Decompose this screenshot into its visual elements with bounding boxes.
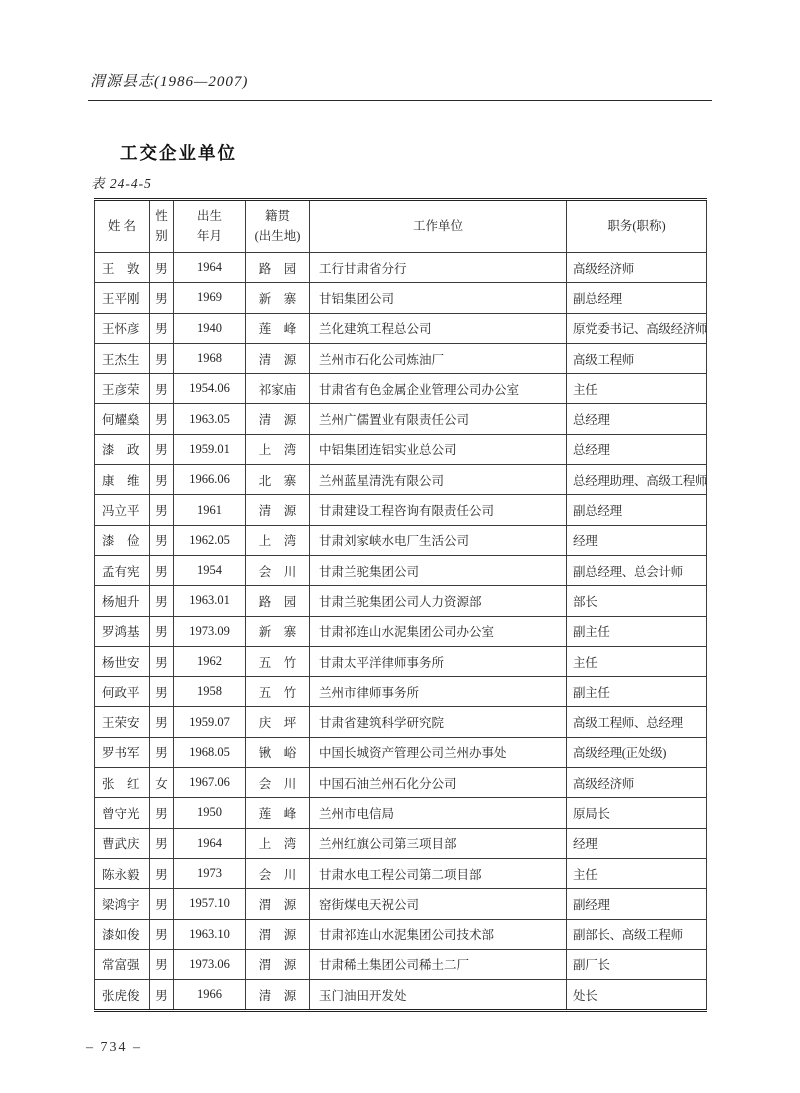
cell-position: 副主任 <box>567 677 707 707</box>
gazetteer-page: 渭源县志(1986—2007) 工交企业单位 表 24-4-5 姓 名 性 别 … <box>0 0 800 1093</box>
cell-work-unit: 甘肃建设工程咨询有限责任公司 <box>310 495 567 525</box>
cell-position: 原局长 <box>567 798 707 828</box>
cell-name: 王怀彦 <box>95 313 150 343</box>
cell-work-unit: 兰州广儒置业有限责任公司 <box>310 404 567 434</box>
table-row: 杨旭升 男 1963.01 路 园 甘肃兰驼集团公司人力资源部 部长 <box>95 586 707 616</box>
cell-gender: 男 <box>150 616 174 646</box>
cell-name: 张虎俊 <box>95 980 150 1011</box>
cell-native-place: 会 川 <box>246 858 310 888</box>
cell-gender: 男 <box>150 949 174 979</box>
cell-birth-date: 1940 <box>174 313 246 343</box>
col-header-title: 职务(职称) <box>567 200 707 253</box>
col-header-name: 姓 名 <box>95 200 150 253</box>
cell-name: 孟有宪 <box>95 555 150 585</box>
cell-gender: 男 <box>150 253 174 283</box>
table-row: 王杰生 男 1968 清 源 兰州市石化公司炼油厂 高级工程师 <box>95 343 707 373</box>
table-row: 漆 俭 男 1962.05 上 湾 甘肃刘家峡水电厂生活公司 经理 <box>95 525 707 555</box>
cell-name: 漆 政 <box>95 434 150 464</box>
cell-birth-date: 1973.09 <box>174 616 246 646</box>
cell-work-unit: 玉门油田开发处 <box>310 980 567 1011</box>
cell-native-place: 渭 源 <box>246 889 310 919</box>
cell-name: 罗书军 <box>95 737 150 767</box>
cell-name: 王杰生 <box>95 343 150 373</box>
cell-gender: 男 <box>150 646 174 676</box>
table-row: 何政平 男 1958 五 竹 兰州市律师事务所 副主任 <box>95 677 707 707</box>
cell-native-place: 北 寨 <box>246 465 310 495</box>
cell-gender: 男 <box>150 343 174 373</box>
cell-name: 杨旭升 <box>95 586 150 616</box>
cell-work-unit: 甘肃兰驼集团公司人力资源部 <box>310 586 567 616</box>
cell-work-unit: 甘肃稀土集团公司稀土二厂 <box>310 949 567 979</box>
cell-birth-date: 1968.05 <box>174 737 246 767</box>
cell-position: 高级经济师 <box>567 768 707 798</box>
cell-work-unit: 兰州红旗公司第三项目部 <box>310 828 567 858</box>
cell-position: 经理 <box>567 828 707 858</box>
cell-name: 王彦荣 <box>95 374 150 404</box>
cell-position: 原党委书记、高级经济师 <box>567 313 707 343</box>
cell-gender: 男 <box>150 465 174 495</box>
table-row: 罗鸿基 男 1973.09 新 寨 甘肃祁连山水泥集团公司办公室 副主任 <box>95 616 707 646</box>
cell-birth-date: 1954.06 <box>174 374 246 404</box>
table-row: 曾守光 男 1950 莲 峰 兰州市电信局 原局长 <box>95 798 707 828</box>
cell-name: 曹武庆 <box>95 828 150 858</box>
cell-native-place: 清 源 <box>246 495 310 525</box>
cell-gender: 男 <box>150 737 174 767</box>
section-title: 工交企业单位 <box>120 140 237 165</box>
cell-position: 副经理 <box>567 889 707 919</box>
cell-native-place: 五 竹 <box>246 677 310 707</box>
table-row: 张虎俊 男 1966 清 源 玉门油田开发处 处长 <box>95 980 707 1011</box>
table-row: 张 红 女 1967.06 会 川 中国石油兰州石化分公司 高级经济师 <box>95 768 707 798</box>
cell-position: 总经理助理、高级工程师 <box>567 465 707 495</box>
cell-position: 副厂长 <box>567 949 707 979</box>
cell-gender: 男 <box>150 677 174 707</box>
cell-birth-date: 1959.07 <box>174 707 246 737</box>
cell-birth-date: 1964 <box>174 828 246 858</box>
cell-birth-date: 1967.06 <box>174 768 246 798</box>
cell-birth-date: 1969 <box>174 283 246 313</box>
cell-native-place: 五 竹 <box>246 646 310 676</box>
cell-position: 副总经理 <box>567 283 707 313</box>
cell-native-place: 渭 源 <box>246 919 310 949</box>
cell-gender: 男 <box>150 313 174 343</box>
table-row: 杨世安 男 1962 五 竹 甘肃太平洋律师事务所 主任 <box>95 646 707 676</box>
cell-work-unit: 兰州蓝星清洗有限公司 <box>310 465 567 495</box>
cell-birth-date: 1968 <box>174 343 246 373</box>
cell-position: 总经理 <box>567 434 707 464</box>
cell-native-place: 会 川 <box>246 768 310 798</box>
cell-birth-date: 1963.05 <box>174 404 246 434</box>
cell-native-place: 清 源 <box>246 343 310 373</box>
cell-gender: 男 <box>150 586 174 616</box>
table-row: 王彦荣 男 1954.06 祁家庙 甘肃省有色金属企业管理公司办公室 主任 <box>95 374 707 404</box>
cell-position: 经理 <box>567 525 707 555</box>
cell-work-unit: 中国长城资产管理公司兰州办事处 <box>310 737 567 767</box>
table-row: 梁鸿宇 男 1957.10 渭 源 窑街煤电天祝公司 副经理 <box>95 889 707 919</box>
cell-position: 主任 <box>567 374 707 404</box>
cell-native-place: 上 湾 <box>246 525 310 555</box>
table-row: 常富强 男 1973.06 渭 源 甘肃稀土集团公司稀土二厂 副厂长 <box>95 949 707 979</box>
cell-gender: 男 <box>150 889 174 919</box>
cell-work-unit: 中国石油兰州石化分公司 <box>310 768 567 798</box>
table-label: 表 24-4-5 <box>91 172 152 192</box>
cell-work-unit: 中铝集团连铝实业总公司 <box>310 434 567 464</box>
cell-birth-date: 1954 <box>174 555 246 585</box>
cell-name: 康 维 <box>95 465 150 495</box>
cell-gender: 男 <box>150 374 174 404</box>
cell-name: 漆如俊 <box>95 919 150 949</box>
cell-gender: 男 <box>150 707 174 737</box>
cell-birth-date: 1961 <box>174 495 246 525</box>
col-header-gender: 性 别 <box>150 200 174 253</box>
table-row: 何耀燊 男 1963.05 清 源 兰州广儒置业有限责任公司 总经理 <box>95 404 707 434</box>
cell-name: 陈永毅 <box>95 858 150 888</box>
cell-name: 张 红 <box>95 768 150 798</box>
cell-birth-date: 1966 <box>174 980 246 1011</box>
cell-position: 高级经济师 <box>567 253 707 283</box>
cell-name: 曾守光 <box>95 798 150 828</box>
cell-position: 副总经理、总会计师 <box>567 555 707 585</box>
cell-birth-date: 1963.01 <box>174 586 246 616</box>
cell-native-place: 上 湾 <box>246 828 310 858</box>
cell-gender: 男 <box>150 828 174 858</box>
cell-work-unit: 甘铝集团公司 <box>310 283 567 313</box>
cell-name: 常富强 <box>95 949 150 979</box>
cell-work-unit: 甘肃兰驼集团公司 <box>310 555 567 585</box>
roster-table-wrap: 姓 名 性 别 出生 年月 籍贯 (出生地) 工作单位 职务(职称) 王 敦 男… <box>94 198 706 1012</box>
cell-position: 高级工程师 <box>567 343 707 373</box>
table-row: 漆 政 男 1959.01 上 湾 中铝集团连铝实业总公司 总经理 <box>95 434 707 464</box>
cell-position: 主任 <box>567 646 707 676</box>
cell-native-place: 清 源 <box>246 980 310 1011</box>
cell-native-place: 上 湾 <box>246 434 310 464</box>
cell-native-place: 路 园 <box>246 586 310 616</box>
cell-native-place: 新 寨 <box>246 283 310 313</box>
cell-work-unit: 甘肃刘家峡水电厂生活公司 <box>310 525 567 555</box>
cell-position: 高级工程师、总经理 <box>567 707 707 737</box>
roster-table: 姓 名 性 别 出生 年月 籍贯 (出生地) 工作单位 职务(职称) 王 敦 男… <box>94 198 707 1012</box>
cell-birth-date: 1950 <box>174 798 246 828</box>
cell-work-unit: 兰州市石化公司炼油厂 <box>310 343 567 373</box>
cell-birth-date: 1966.06 <box>174 465 246 495</box>
cell-position: 副总经理 <box>567 495 707 525</box>
cell-birth-date: 1973 <box>174 858 246 888</box>
header-rule <box>88 100 712 101</box>
cell-name: 王 敦 <box>95 253 150 283</box>
col-header-unit: 工作单位 <box>310 200 567 253</box>
cell-work-unit: 甘肃太平洋律师事务所 <box>310 646 567 676</box>
cell-position: 主任 <box>567 858 707 888</box>
cell-gender: 男 <box>150 495 174 525</box>
cell-birth-date: 1957.10 <box>174 889 246 919</box>
cell-native-place: 会 川 <box>246 555 310 585</box>
cell-position: 副主任 <box>567 616 707 646</box>
cell-name: 何政平 <box>95 677 150 707</box>
table-row: 王 敦 男 1964 路 园 工行甘肃省分行 高级经济师 <box>95 253 707 283</box>
table-row: 王荣安 男 1959.07 庆 坪 甘肃省建筑科学研究院 高级工程师、总经理 <box>95 707 707 737</box>
cell-native-place: 庆 坪 <box>246 707 310 737</box>
cell-work-unit: 甘肃省有色金属企业管理公司办公室 <box>310 374 567 404</box>
cell-name: 冯立平 <box>95 495 150 525</box>
cell-birth-date: 1963.10 <box>174 919 246 949</box>
cell-name: 王平刚 <box>95 283 150 313</box>
cell-gender: 女 <box>150 768 174 798</box>
cell-gender: 男 <box>150 980 174 1011</box>
cell-native-place: 渭 源 <box>246 949 310 979</box>
cell-work-unit: 兰化建筑工程总公司 <box>310 313 567 343</box>
cell-native-place: 锹 峪 <box>246 737 310 767</box>
table-row: 陈永毅 男 1973 会 川 甘肃水电工程公司第二项目部 主任 <box>95 858 707 888</box>
cell-position: 部长 <box>567 586 707 616</box>
cell-position: 处长 <box>567 980 707 1011</box>
cell-gender: 男 <box>150 283 174 313</box>
cell-native-place: 莲 峰 <box>246 313 310 343</box>
page-number: – 734 – <box>86 1040 142 1056</box>
cell-gender: 男 <box>150 858 174 888</box>
cell-position: 总经理 <box>567 404 707 434</box>
cell-native-place: 祁家庙 <box>246 374 310 404</box>
table-row: 王怀彦 男 1940 莲 峰 兰化建筑工程总公司 原党委书记、高级经济师 <box>95 313 707 343</box>
table-row: 罗书军 男 1968.05 锹 峪 中国长城资产管理公司兰州办事处 高级经理(正… <box>95 737 707 767</box>
cell-gender: 男 <box>150 798 174 828</box>
cell-name: 杨世安 <box>95 646 150 676</box>
cell-native-place: 清 源 <box>246 404 310 434</box>
cell-name: 梁鸿宇 <box>95 889 150 919</box>
cell-native-place: 新 寨 <box>246 616 310 646</box>
table-row: 漆如俊 男 1963.10 渭 源 甘肃祁连山水泥集团公司技术部 副部长、高级工… <box>95 919 707 949</box>
cell-birth-date: 1973.06 <box>174 949 246 979</box>
cell-work-unit: 甘肃水电工程公司第二项目部 <box>310 858 567 888</box>
cell-gender: 男 <box>150 525 174 555</box>
table-row: 孟有宪 男 1954 会 川 甘肃兰驼集团公司 副总经理、总会计师 <box>95 555 707 585</box>
cell-native-place: 莲 峰 <box>246 798 310 828</box>
cell-work-unit: 甘肃省建筑科学研究院 <box>310 707 567 737</box>
cell-work-unit: 甘肃祁连山水泥集团公司技术部 <box>310 919 567 949</box>
cell-gender: 男 <box>150 555 174 585</box>
running-head: 渭源县志(1986—2007) <box>90 70 248 91</box>
table-row: 曹武庆 男 1964 上 湾 兰州红旗公司第三项目部 经理 <box>95 828 707 858</box>
cell-name: 漆 俭 <box>95 525 150 555</box>
cell-work-unit: 兰州市律师事务所 <box>310 677 567 707</box>
cell-name: 王荣安 <box>95 707 150 737</box>
cell-birth-date: 1959.01 <box>174 434 246 464</box>
cell-birth-date: 1962 <box>174 646 246 676</box>
cell-name: 何耀燊 <box>95 404 150 434</box>
cell-gender: 男 <box>150 919 174 949</box>
cell-gender: 男 <box>150 404 174 434</box>
cell-birth-date: 1962.05 <box>174 525 246 555</box>
cell-position: 高级经理(正处级) <box>567 737 707 767</box>
header-row: 姓 名 性 别 出生 年月 籍贯 (出生地) 工作单位 职务(职称) <box>95 200 707 253</box>
table-row: 王平刚 男 1969 新 寨 甘铝集团公司 副总经理 <box>95 283 707 313</box>
cell-gender: 男 <box>150 434 174 464</box>
cell-birth-date: 1958 <box>174 677 246 707</box>
cell-position: 副部长、高级工程师 <box>567 919 707 949</box>
cell-work-unit: 窑街煤电天祝公司 <box>310 889 567 919</box>
col-header-birth: 出生 年月 <box>174 200 246 253</box>
cell-birth-date: 1964 <box>174 253 246 283</box>
cell-native-place: 路 园 <box>246 253 310 283</box>
table-row: 冯立平 男 1961 清 源 甘肃建设工程咨询有限责任公司 副总经理 <box>95 495 707 525</box>
cell-name: 罗鸿基 <box>95 616 150 646</box>
cell-work-unit: 工行甘肃省分行 <box>310 253 567 283</box>
cell-work-unit: 兰州市电信局 <box>310 798 567 828</box>
cell-work-unit: 甘肃祁连山水泥集团公司办公室 <box>310 616 567 646</box>
col-header-native: 籍贯 (出生地) <box>246 200 310 253</box>
table-row: 康 维 男 1966.06 北 寨 兰州蓝星清洗有限公司 总经理助理、高级工程师 <box>95 465 707 495</box>
